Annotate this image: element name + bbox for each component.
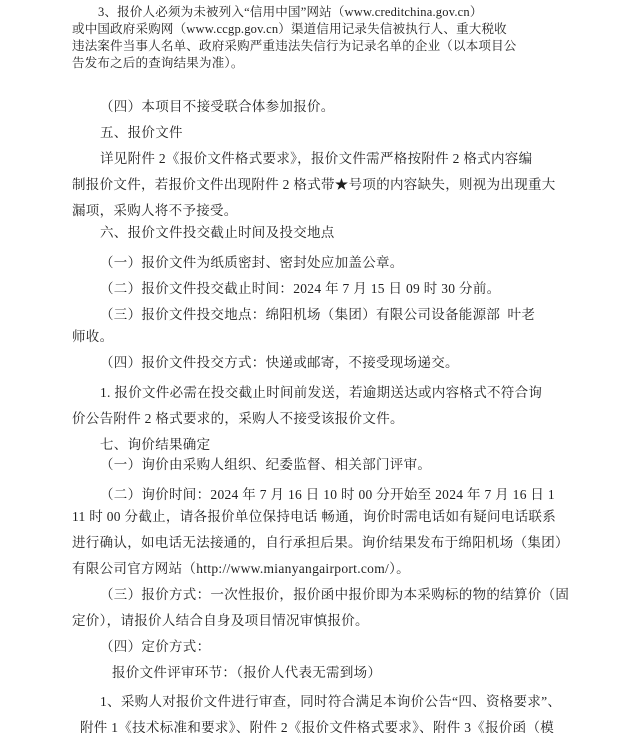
text-line: 11 时 00 分截止，请各报价单位保持电话 畅通，询价时需电话如有疑问电话联系 [72,504,582,530]
text-line: 违法案件当事人名单、政府采购严重违法失信行为记录名单的企业（以本项目公 [72,38,532,55]
text-line: 1、采购人对报价文件进行审查，同时符合满足本询价公告“四、资格要求”、 [72,689,582,715]
text-line: 附件 1《技术标准和要求》、附件 2《报价文件格式要求》、附件 3《报价函（模 [72,715,582,733]
text-line: 价公告附件 2 格式要求的，采购人不接受该报价文件。 [72,406,582,432]
text-line: 告发布之后的查询结果为准）。 [72,55,532,72]
text-line: 五、报价文件 [72,120,582,146]
text-line: （四）定价方式： [72,634,582,660]
text-line: 或中国政府采购网（www.ccgp.gov.cn）渠道信用记录失信被执行人、重大… [72,21,532,38]
text-line: （一）询价由采购人组织、纪委监督、相关部门评审。 [72,452,582,478]
text-line: 进行确认，如电话无法接通的，自行承担后果。询价结果发布于绵阳机场（集团） [72,530,582,556]
text-line: 制报价文件，若报价文件出现附件 2 格式带★号项的内容缺失，则视为出现重大 [72,172,582,198]
text-line: 有限公司官方网站（http://www.mianyangairport.com/… [72,556,582,582]
document-body: （四）本项目不接受联合体参加报价。五、报价文件详见附件 2《报价文件格式要求》，… [72,94,582,733]
text-line: 3、报价人必须为未被列入“信用中国”网站（www.creditchina.gov… [72,4,532,21]
text-line: 定价），请报价人结合自身及项目情况审慎报价。 [72,608,582,634]
text-line: 1. 报价文件必需在投交截止时间前发送，若逾期送达或内容格式不符合询 [72,380,582,406]
text-line: （一）报价文件为纸质密封、密封处应加盖公章。 [72,250,582,276]
document-page: 3、报价人必须为未被列入“信用中国”网站（www.creditchina.gov… [0,0,634,733]
text-line: （四）本项目不接受联合体参加报价。 [72,94,582,120]
text-line: （二）报价文件投交截止时间：2024 年 7 月 15 日 09 时 30 分前… [72,276,582,302]
intro-paragraph: 3、报价人必须为未被列入“信用中国”网站（www.creditchina.gov… [72,4,532,72]
text-line: 详见附件 2《报价文件格式要求》，报价文件需严格按附件 2 格式内容编 [72,146,582,172]
text-line: 六、报价文件投交截止时间及投交地点 [72,220,582,246]
text-line: （三）报价文件投交地点：绵阳机场（集团）有限公司设备能源部 叶老 [72,302,582,328]
text-line: （三）报价方式：一次性报价，报价函中报价即为本采购标的物的结算价（固 [72,582,582,608]
text-line: （四）报价文件投交方式：快递或邮寄，不接受现场递交。 [72,350,582,376]
text-line: 报价文件评审环节：（报价人代表无需到场） [72,660,582,686]
